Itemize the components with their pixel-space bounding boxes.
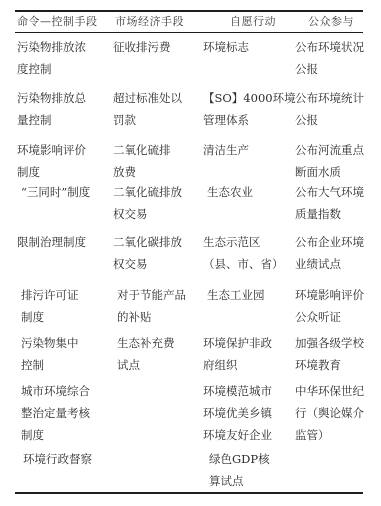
table-cell: 污染物集中 控制 — [21, 332, 79, 376]
table-cell: 污染物排放浓 度控制 — [17, 36, 86, 80]
table-cell: 公布环境状况 公报 — [295, 36, 364, 80]
table-cell: 排污许可证 制度 — [21, 284, 79, 328]
header-rule — [15, 32, 363, 33]
table-cell: 限制治理制度 — [17, 231, 86, 253]
table-cell: 城市环境综合 整治定量考核 制度 — [21, 380, 90, 446]
table-cell: 二氧化硫排放 权交易 — [113, 181, 182, 225]
table-cell: 环境影响评价 制度 — [17, 139, 86, 183]
table-cell: 【SO】4000环境 管理体系 — [203, 87, 296, 131]
table-cell: 生态补充费 试点 — [117, 332, 175, 376]
table-cell: 生态工业园 — [207, 284, 265, 306]
header-market-economy: 市场经济手段 — [115, 13, 184, 29]
table-cell: 污染物排放总 量控制 — [17, 87, 86, 131]
table-cell: 环境行政督察 — [23, 448, 92, 470]
table-cell: 二氧化碳排放 权交易 — [113, 231, 182, 275]
table-cell: 生态农业 — [207, 181, 253, 203]
table-cell: 超过标准处以 罚款 — [113, 87, 182, 131]
table-cell: 公布企业环境 业绩试点 — [295, 231, 364, 275]
table-cell: 公布河流重点 断面水质 — [295, 139, 364, 183]
table-cell: 环境保护非政 府组织 — [203, 332, 272, 376]
table-cell: 加强各级学校 环境教育 — [295, 332, 364, 376]
table-cell: 环境标志 — [203, 36, 249, 58]
table-cell: 对于节能产品 的补贴 — [117, 284, 186, 328]
table-cell: “三同时”制度 — [21, 181, 90, 203]
table-cell: 二氧化硫排 放费 — [113, 139, 171, 183]
table-cell: 清洁生产 — [203, 139, 249, 161]
header-public-participation: 公众参与 — [308, 13, 354, 29]
table-cell: 中华环保世纪 行（舆论媒介 监管） — [295, 380, 364, 446]
header-voluntary-action: 自愿行动 — [230, 13, 276, 29]
bottom-rule — [15, 492, 363, 494]
table-cell: 征收排污费 — [113, 36, 171, 58]
table-cell: 公布环境统计 公报 — [295, 87, 364, 131]
table-cell: 绿色GDP核 算试点 — [209, 448, 270, 492]
table-cell: 公布大气环境 质量指数 — [295, 181, 364, 225]
table-cell: 环境模范城市 环境优美乡镇 环境友好企业 — [203, 380, 272, 446]
header-command-control: 命令—控制手段 — [17, 13, 98, 29]
table-cell: 生态示范区 （县、市、省） — [203, 231, 284, 275]
top-rule — [15, 10, 363, 12]
table-cell: 环境影响评价 公众听证 — [295, 284, 364, 328]
